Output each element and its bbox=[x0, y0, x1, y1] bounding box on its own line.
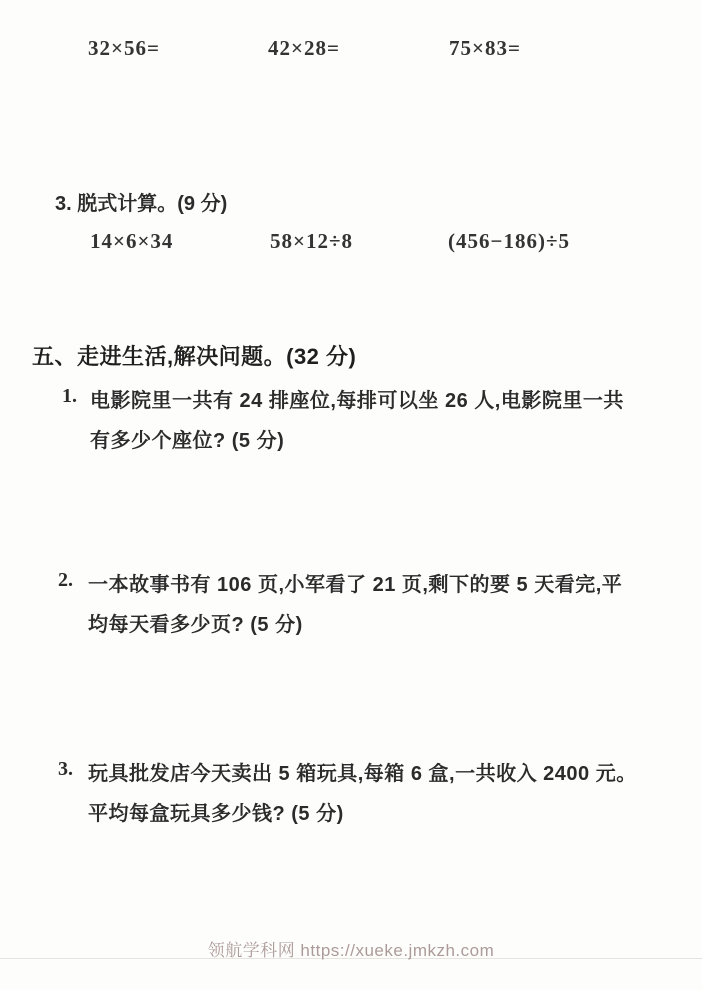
oral-problem-3: 75×83= bbox=[449, 36, 521, 61]
written-calc-problem-3: (456−186)÷5 bbox=[448, 229, 570, 254]
question-3-number: 3. bbox=[58, 758, 73, 781]
question-1-line-1: 电影院里一共有 24 排座位,每排可以坐 26 人,电影院里一共 bbox=[90, 384, 624, 413]
question-1-number: 1. bbox=[62, 385, 77, 408]
written-calc-problem-2: 58×12÷8 bbox=[270, 229, 353, 254]
question-3-line-2: 平均每盒玩具多少钱? (5 分) bbox=[88, 797, 344, 826]
watermark-footer: 领航学科网 https://xueke.jmkzh.com bbox=[0, 936, 702, 961]
question-3-line-1: 玩具批发店今天卖出 5 箱玩具,每箱 6 盒,一共收入 2400 元。 bbox=[88, 757, 637, 786]
oral-problem-2: 42×28= bbox=[268, 36, 340, 61]
written-calc-heading: 3. 脱式计算。(9 分) bbox=[55, 187, 227, 216]
question-2-number: 2. bbox=[58, 569, 73, 592]
written-calc-problem-1: 14×6×34 bbox=[90, 229, 173, 254]
question-2-line-2: 均每天看多少页? (5 分) bbox=[88, 608, 303, 637]
oral-problem-1: 32×56= bbox=[88, 36, 160, 61]
question-2-line-1: 一本故事书有 106 页,小军看了 21 页,剩下的要 5 天看完,平 bbox=[88, 568, 622, 597]
word-problems-heading: 五、走进生活,解决问题。(32 分) bbox=[32, 340, 356, 371]
worksheet-page: 32×56= 42×28= 75×83= 3. 脱式计算。(9 分) 14×6×… bbox=[0, 0, 702, 990]
question-1-line-2: 有多少个座位? (5 分) bbox=[90, 424, 284, 453]
